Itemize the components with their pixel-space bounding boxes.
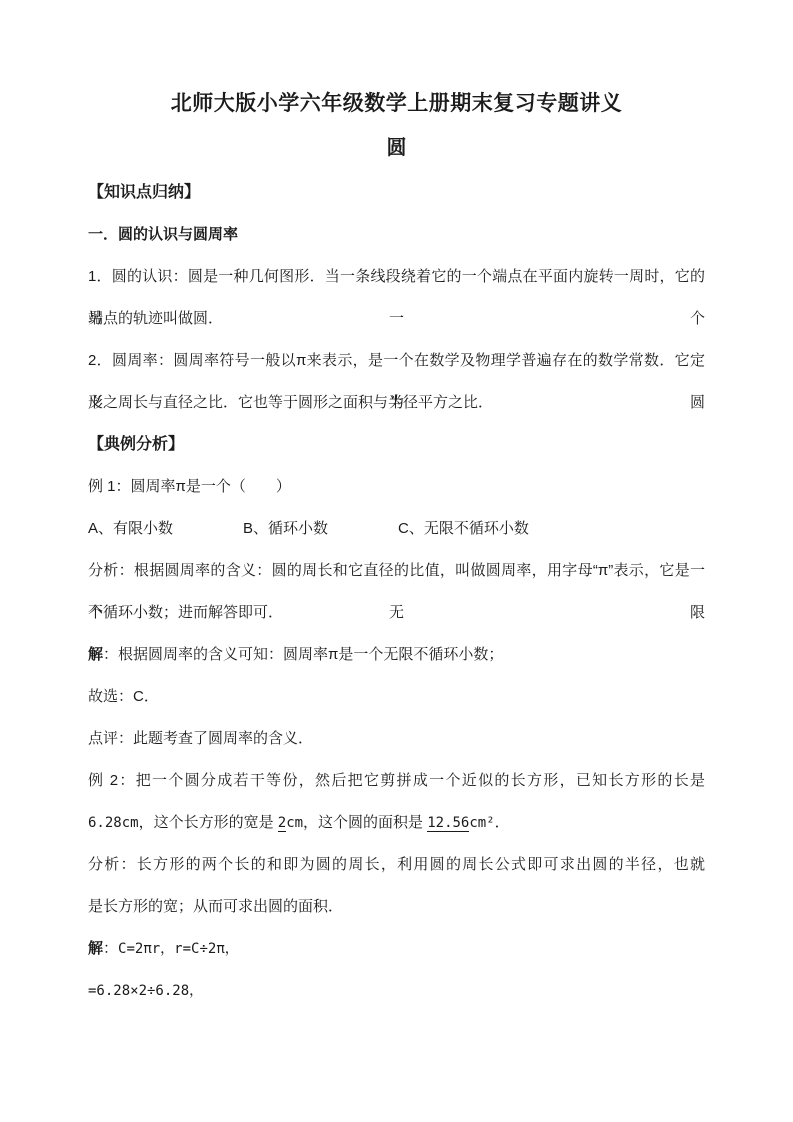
example2-width-text: ，这个长方形的宽是 [139,814,278,831]
document-title: 北师大版小学六年级数学上册期末复习专题讲义 [88,90,705,118]
knowledge-paragraph-1-line-1: 1．圆的认识：圆是一种几何图形．当一条线段绕着它的一个端点在平面内旋转一周时，它… [88,256,705,298]
example2-solution-formula: C=2πr，r=C÷2π， [118,941,239,957]
example2-period: ． [495,814,510,831]
example1-solution-text: ：根据圆周率的含义可知：圆周率π是一个无限不循环小数； [103,646,503,663]
example2-area-unit: cm² [469,815,494,831]
example1-answer: 故选：C． [88,676,705,718]
document-subtitle: 圆 [88,135,705,161]
example1-comment: 点评：此题考查了圆周率的含义． [88,718,705,760]
example1-analysis-line-1: 分析：根据圆周率的含义：圆的周长和它直径的比值，叫做圆周率，用字母“π”表示，它… [88,550,705,592]
example1-option-c: C、无限不循环小数 [398,508,529,550]
example2-analysis-line-2: 是长方形的宽；从而可求出圆的面积． [88,886,705,928]
example2-question-line-1: 例 2：把一个圆分成若干等份，然后把它剪拼成一个近似的长方形，已知长方形的长是 [88,760,705,802]
example2-width-unit: cm [286,815,303,831]
example2-solution-colon: ： [103,940,118,957]
examples-header: 【典例分析】 [88,424,705,466]
document-body: 【知识点归纳】 一．圆的认识与圆周率 1．圆的认识：圆是一种几何图形．当一条线段… [88,172,705,1012]
example1-solution: 解：根据圆周率的含义可知：圆周率π是一个无限不循环小数； [88,634,705,676]
example2-solution-label: 解 [88,940,103,957]
example1-question: 例 1：圆周率π是一个（ ） [88,466,705,508]
example1-option-b: B、循环小数 [243,508,328,550]
example2-calculation-line: =6.28×2÷6.28， [88,970,705,1012]
example2-area-text: ，这个圆的面积是 [303,814,427,831]
example2-width-blank: 2 [278,815,286,832]
knowledge-points-header: 【知识点归纳】 [88,172,705,214]
example2-solution: 解：C=2πr，r=C÷2π， [88,928,705,970]
example1-options: A、有限小数B、循环小数C、无限不循环小数 [88,508,705,550]
document-page: 北师大版小学六年级数学上册期末复习专题讲义 圆 【知识点归纳】 一．圆的认识与圆… [0,0,793,1122]
example2-analysis-line-1: 分析：长方形的两个长的和即为圆的周长，利用圆的周长公式即可求出圆的半径，也就 [88,844,705,886]
example2-question-line-2: 6.28cm，这个长方形的宽是 2cm，这个圆的面积是 12.56cm²． [88,802,705,844]
example1-option-a: A、有限小数 [88,508,173,550]
example2-length-value: 6.28cm [88,815,139,831]
section-1-title: 一．圆的认识与圆周率 [88,214,705,256]
knowledge-paragraph-2-line-1: 2．圆周率：圆周率符号一般以π来表示，是一个在数学及物理学普遍存在的数学常数．它… [88,340,705,382]
example1-solution-label: 解 [88,646,103,663]
example2-area-blank: 12.56 [427,815,469,832]
